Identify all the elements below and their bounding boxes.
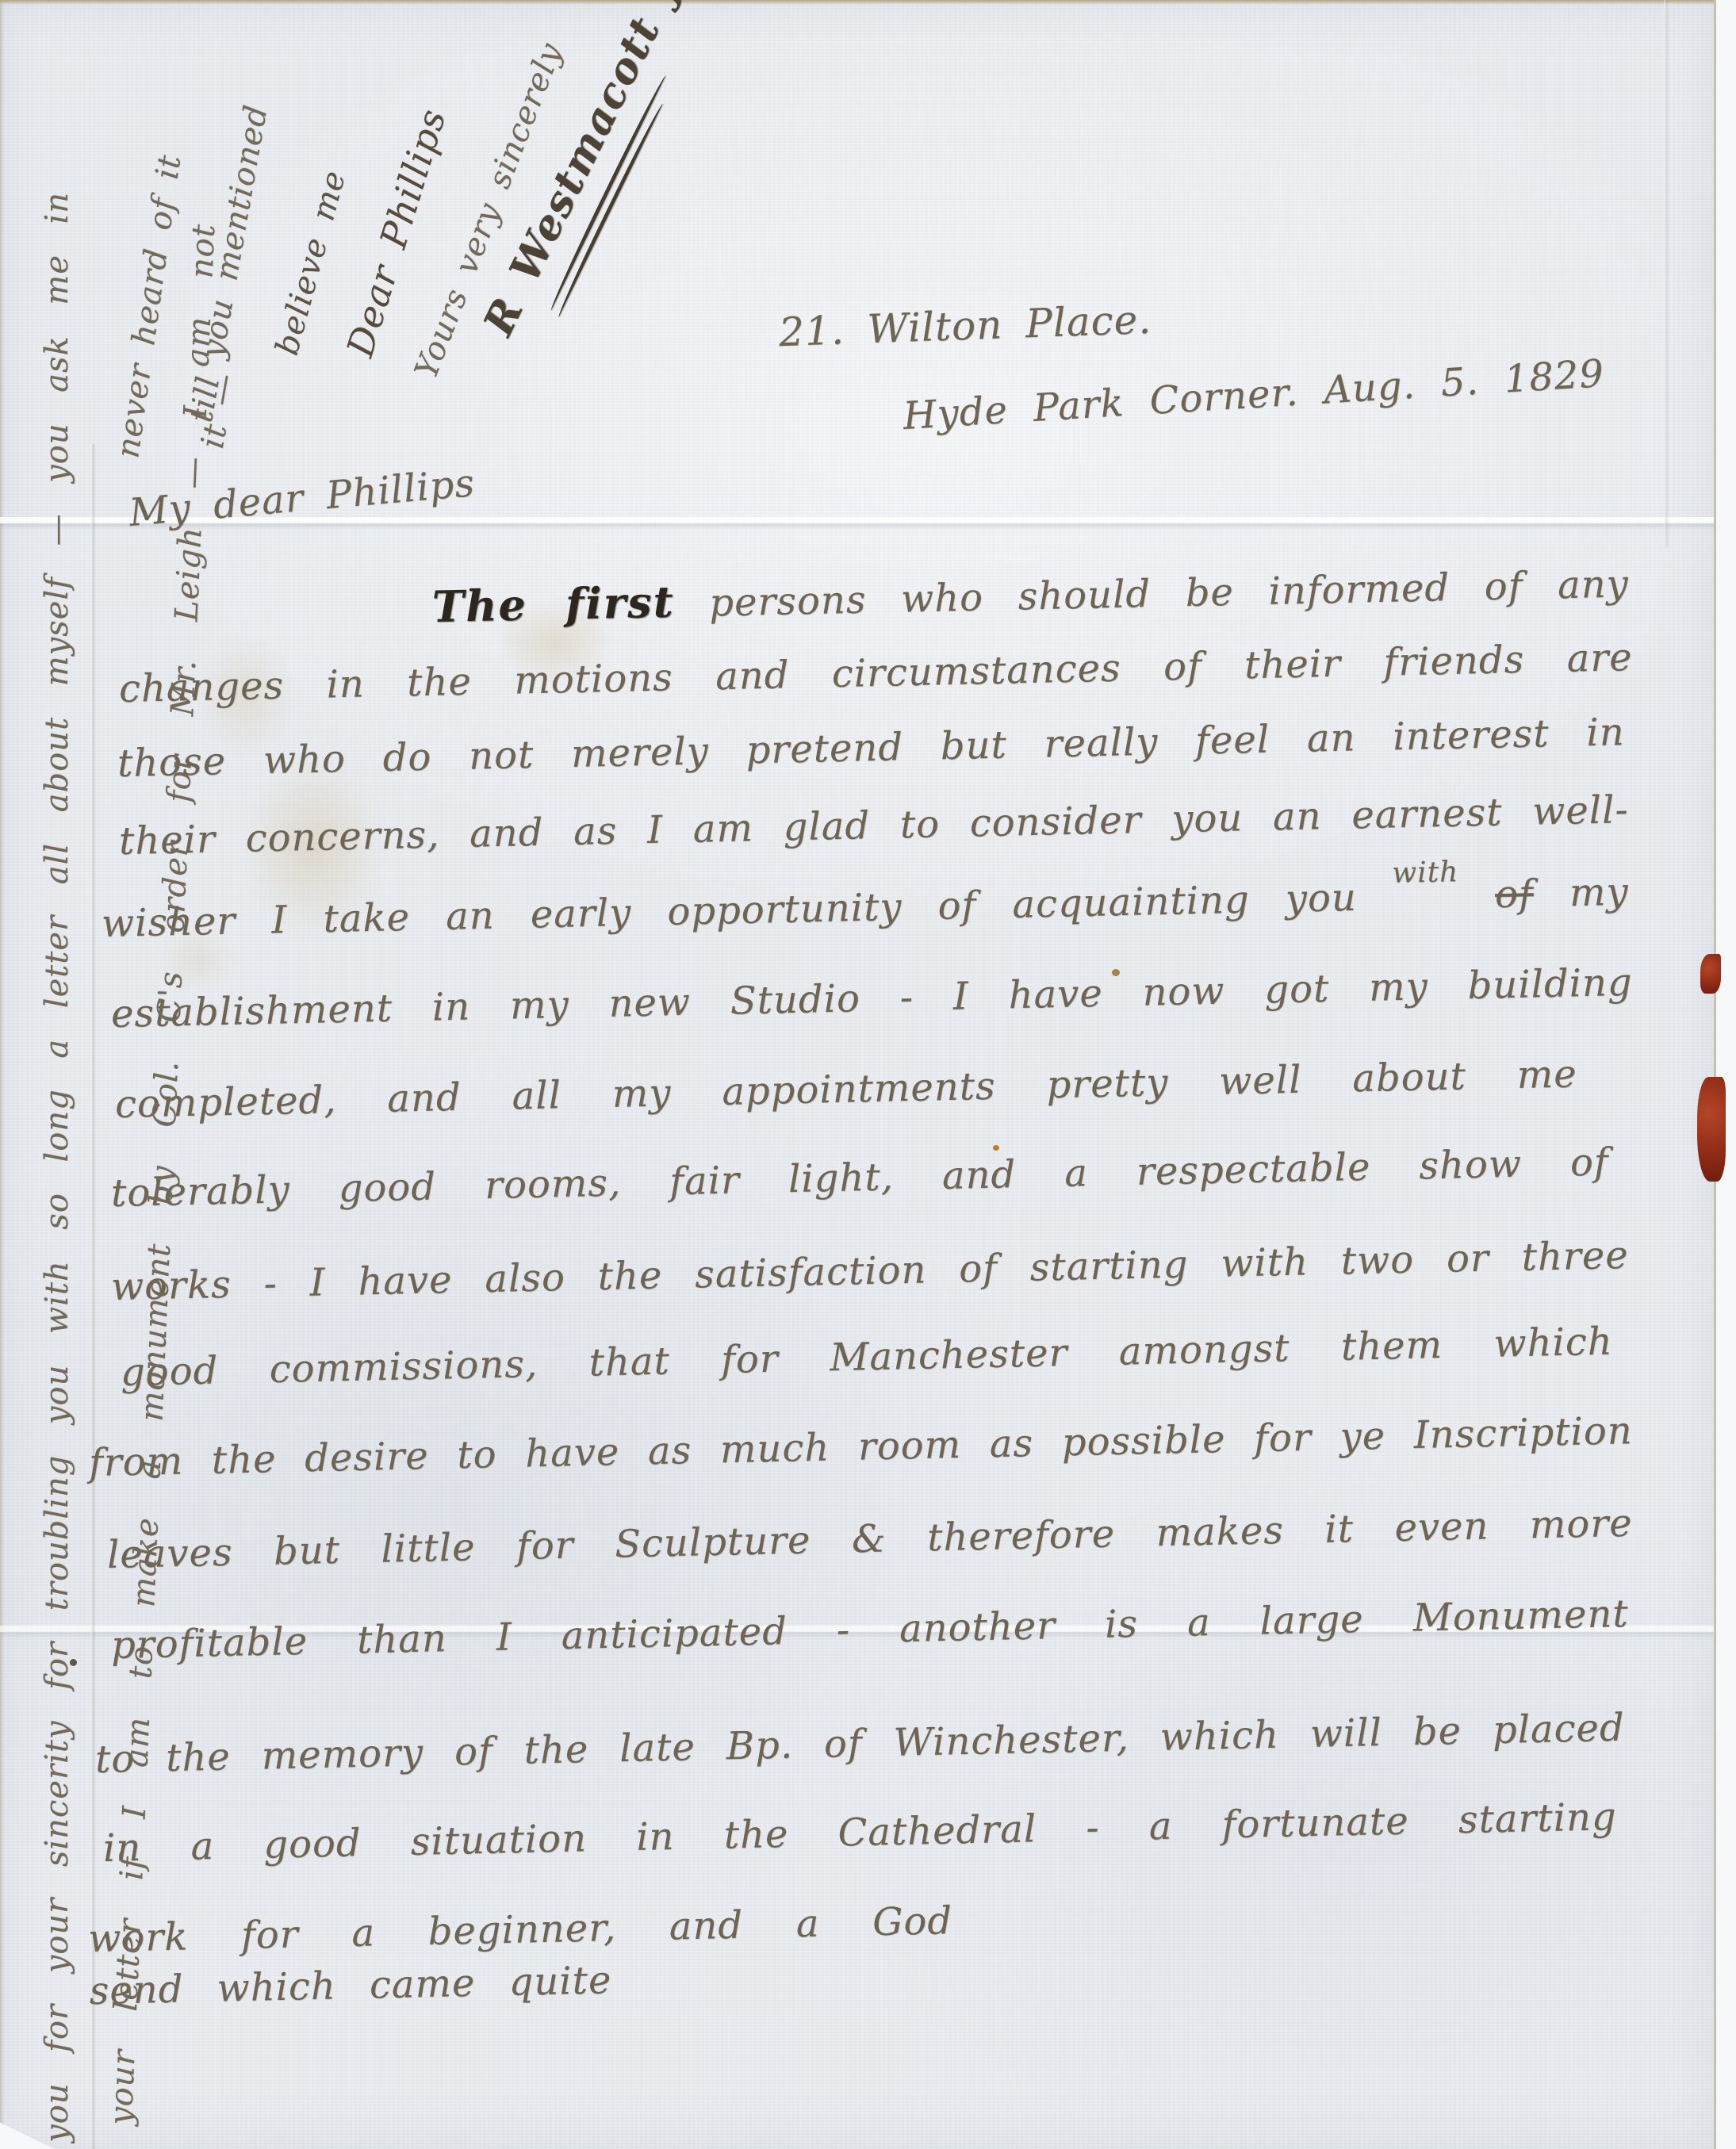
margin-crosswriting-line-1: you for your sincerity for troubling you…	[36, 192, 78, 2143]
letter-scan: 21. Wilton Place. Hyde Park Corner. Aug.…	[0, 0, 1736, 2149]
wax-seal-remnant-small	[1700, 954, 1721, 994]
body-line-16: work for a beginner, and a God send whic…	[88, 1894, 955, 2017]
body-line-5-inserted-word: with	[1392, 856, 1459, 890]
vertical-fold-crease-left	[90, 444, 96, 2149]
body-line-5-struck-word: of	[1494, 871, 1534, 917]
scan-top-edge	[0, 0, 1714, 5]
vertical-fold-crease-right	[1664, 0, 1669, 547]
scan-left-edge	[0, 0, 4, 2149]
wax-seal-remnant-large	[1697, 1077, 1726, 1182]
body-line-5-text-b: my	[1569, 870, 1629, 916]
body-line-1-opening-words: The first	[431, 577, 675, 632]
